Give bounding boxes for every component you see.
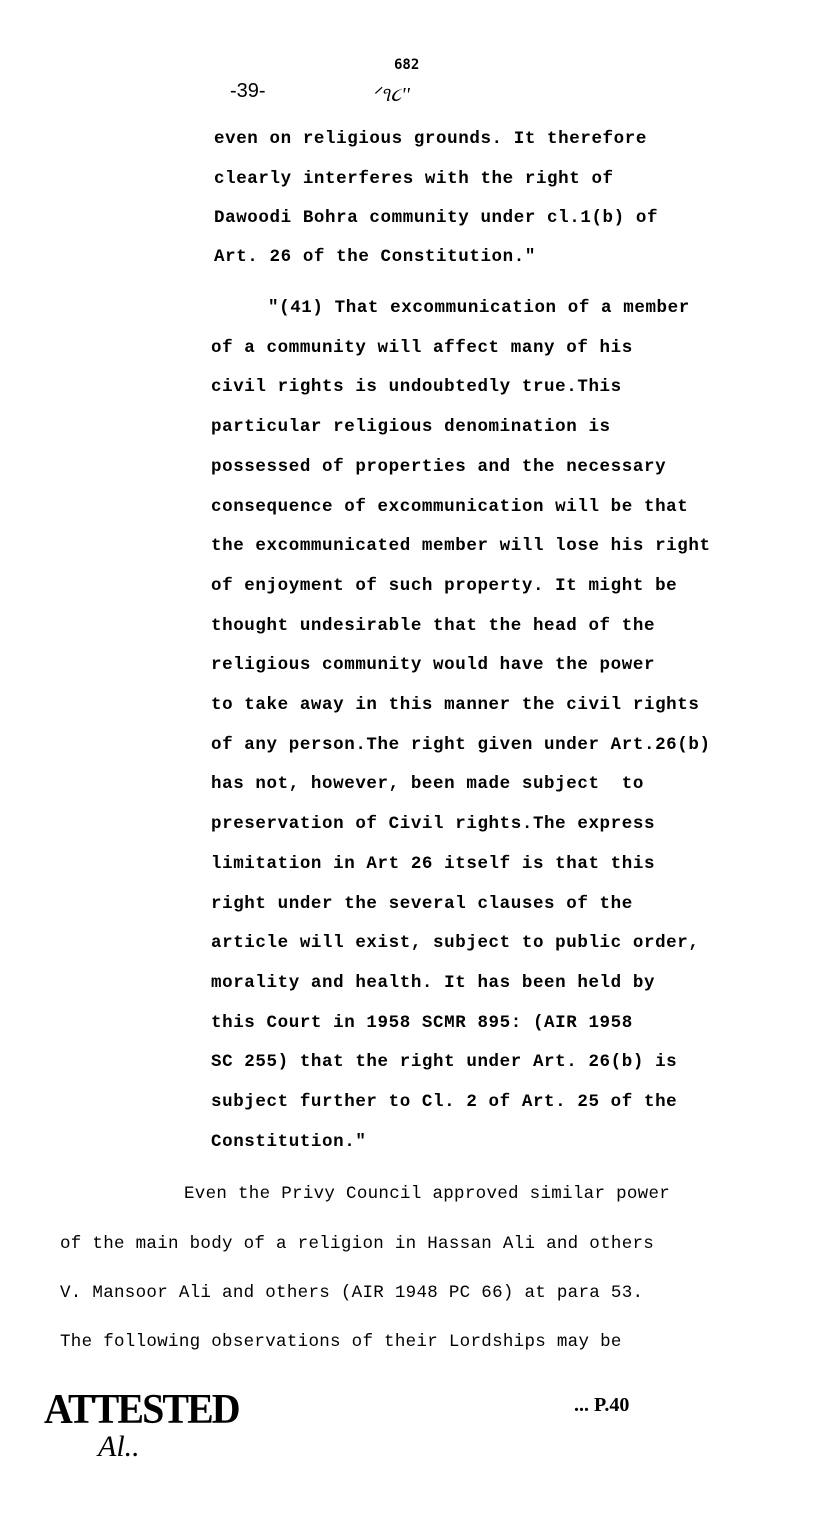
page-number: -39- bbox=[230, 80, 266, 103]
paragraph-line: of a community will affect many of his bbox=[211, 338, 633, 358]
paragraph-line: particular religious denomination is bbox=[211, 417, 611, 437]
paragraph-line: to take away in this manner the civil ri… bbox=[211, 695, 699, 715]
attested-stamp: ATTESTED bbox=[44, 1386, 239, 1434]
paragraph-line: limitation in Art 26 itself is that this bbox=[211, 854, 655, 874]
paragraph-line: preservation of Civil rights.The express bbox=[211, 814, 655, 834]
signature: Al.. bbox=[98, 1430, 140, 1464]
paragraph-line: this Court in 1958 SCMR 895: (AIR 1958 bbox=[211, 1013, 633, 1033]
paragraph-line: V. Mansoor Ali and others (AIR 1948 PC 6… bbox=[60, 1283, 643, 1303]
paragraph-line: SC 255) that the right under Art. 26(b) … bbox=[211, 1052, 677, 1072]
page-stamp-number: 682 bbox=[394, 57, 419, 73]
paragraph-line: morality and health. It has been held by bbox=[211, 973, 655, 993]
quote-line: Art. 26 of the Constitution." bbox=[214, 247, 536, 267]
paragraph-line: of any person.The right given under Art.… bbox=[211, 735, 711, 755]
paragraph-line: consequence of excommunication will be t… bbox=[211, 497, 688, 517]
document-page: 682 -39- ᐟ૧૮'' even on religious grounds… bbox=[0, 0, 840, 1540]
quote-line: Dawoodi Bohra community under cl.1(b) of bbox=[214, 208, 658, 228]
paragraph-line: Even the Privy Council approved similar … bbox=[184, 1184, 670, 1204]
paragraph-line: has not, however, been made subject to bbox=[211, 774, 644, 794]
continuation-marker: ... P.40 bbox=[574, 1394, 629, 1417]
paragraph-line: The following observations of their Lord… bbox=[60, 1332, 622, 1352]
paragraph-line: of the main body of a religion in Hassan… bbox=[60, 1234, 654, 1254]
paragraph-line: subject further to Cl. 2 of Art. 25 of t… bbox=[211, 1092, 677, 1112]
paragraph-line: religious community would have the power bbox=[211, 655, 655, 675]
handwritten-mark: ᐟ૧૮'' bbox=[372, 82, 410, 107]
paragraph-line: right under the several clauses of the bbox=[211, 894, 633, 914]
paragraph-line: thought undesirable that the head of the bbox=[211, 616, 655, 636]
quote-line: clearly interferes with the right of bbox=[214, 169, 614, 189]
paragraph-line: civil rights is undoubtedly true.This bbox=[211, 377, 622, 397]
paragraph-line: article will exist, subject to public or… bbox=[211, 933, 699, 953]
paragraph-line: of enjoyment of such property. It might … bbox=[211, 576, 677, 596]
paragraph-line: the excommunicated member will lose his … bbox=[211, 536, 711, 556]
paragraph-line: "(41) That excommunication of a member bbox=[268, 298, 690, 318]
paragraph-line: possessed of properties and the necessar… bbox=[211, 457, 666, 477]
paragraph-line: Constitution." bbox=[211, 1132, 366, 1152]
quote-line: even on religious grounds. It therefore bbox=[214, 129, 647, 149]
